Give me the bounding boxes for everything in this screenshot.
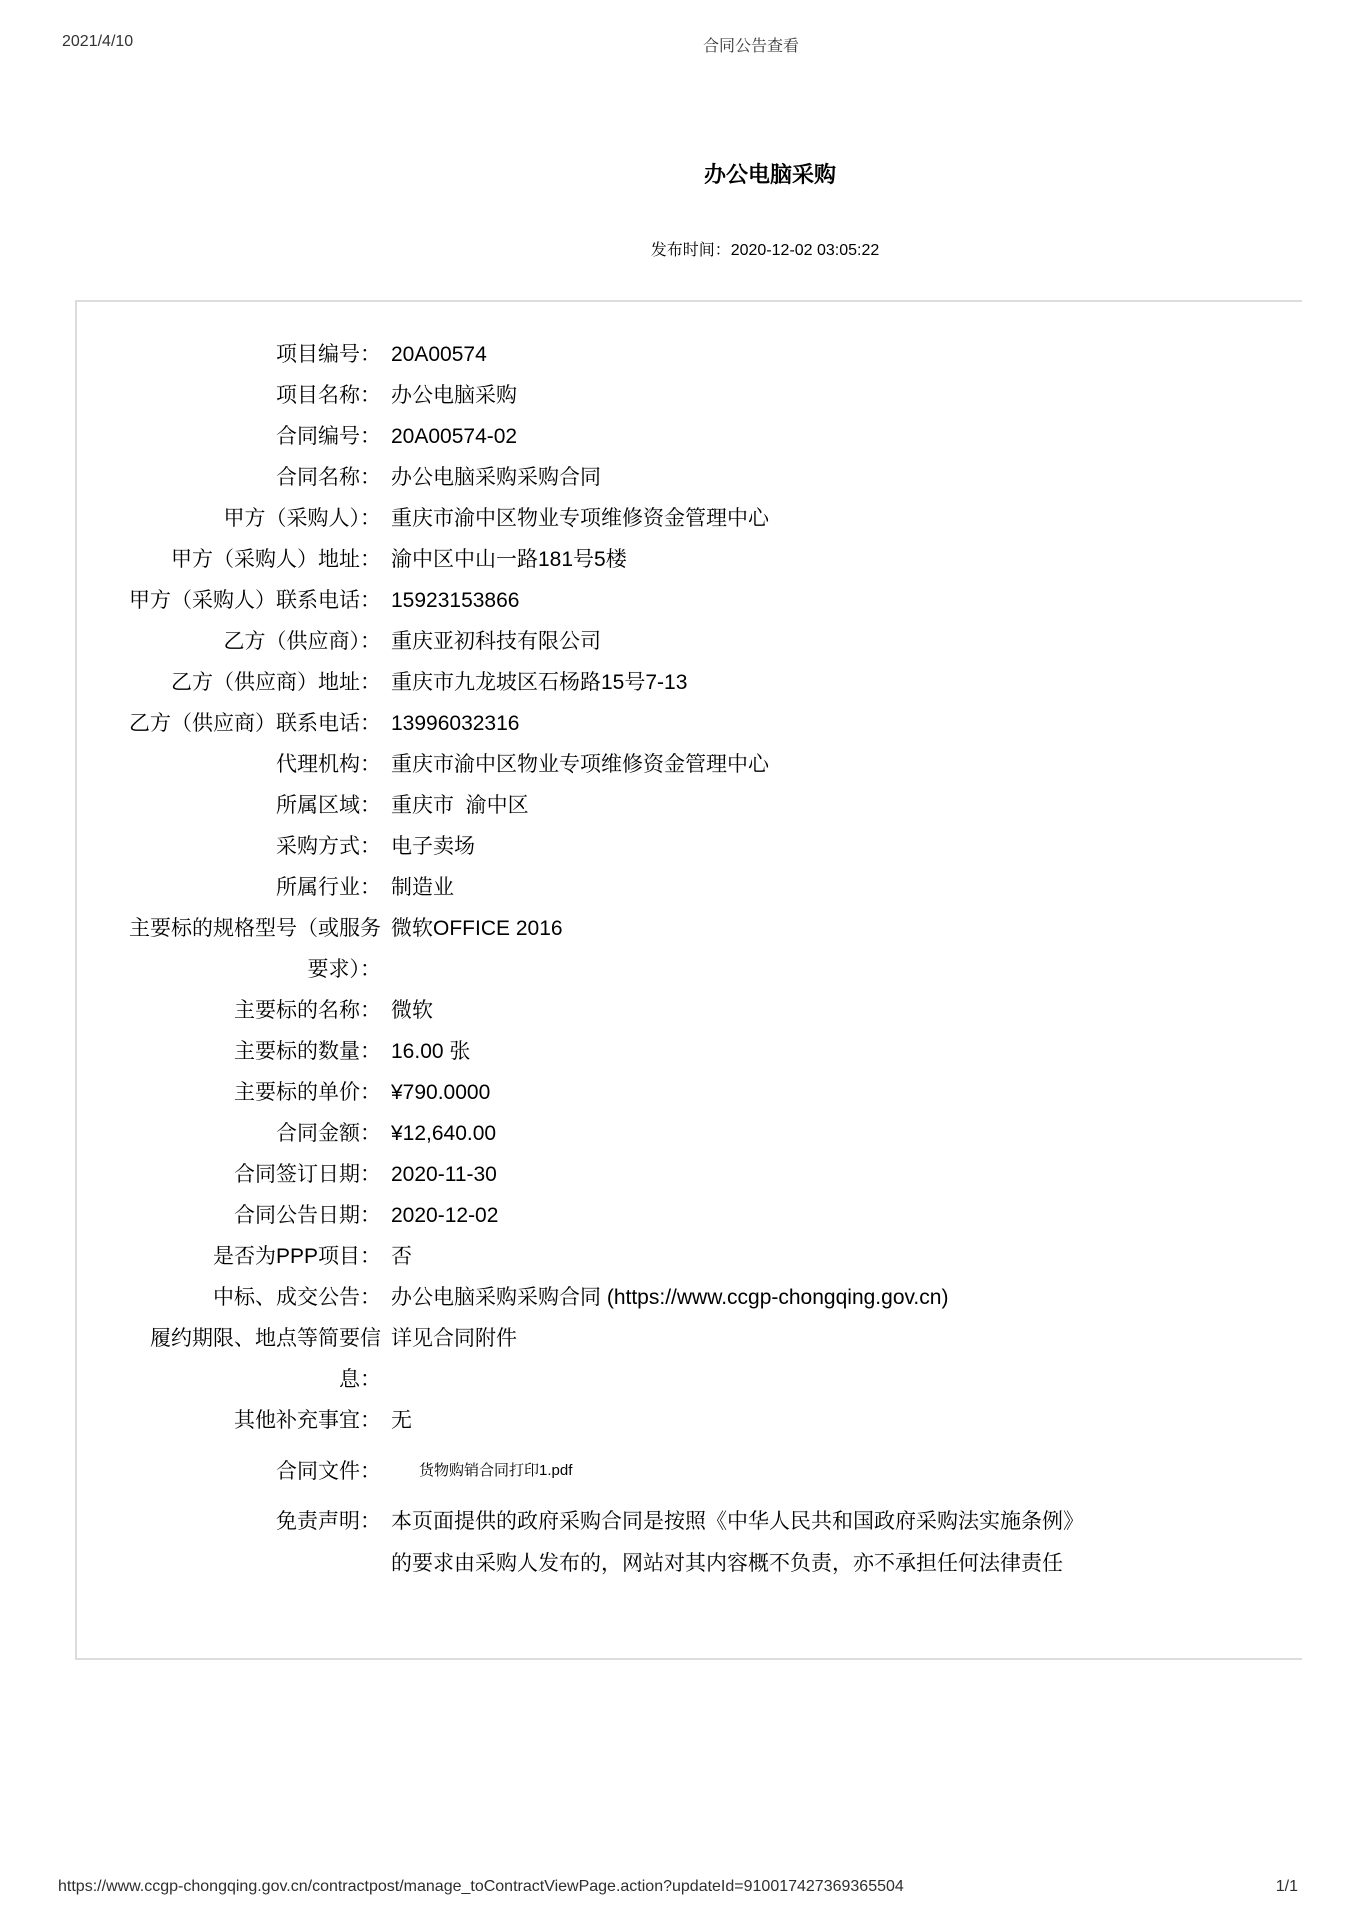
row-value: 重庆市 渝中区 (391, 785, 1296, 826)
row-label: 主要标的单价： (77, 1072, 381, 1113)
row-label: 合同公告日期： (77, 1195, 381, 1236)
publish-time-line: 发布时间：2020-12-02 03:05:22 (651, 237, 880, 260)
row-value: 无 (391, 1400, 1296, 1441)
table-row: 合同编号： 20A00574-02 (77, 416, 1302, 457)
table-row: 甲方（采购人）： 重庆市渝中区物业专项维修资金管理中心 (77, 498, 1302, 539)
row-label: 免责声明： (77, 1501, 381, 1543)
row-value: 20A00574 (391, 334, 1296, 375)
row-label: 主要标的名称： (77, 990, 381, 1031)
row-label: 合同编号： (77, 416, 381, 457)
row-label: 所属区域： (77, 785, 381, 826)
row-label: 中标、成交公告： (77, 1277, 381, 1318)
row-label: 项目编号： (77, 334, 381, 375)
row-value: 16.00 张 (391, 1031, 1296, 1072)
contract-table: 项目编号： 20A00574 项目名称： 办公电脑采购 合同编号： 20A005… (75, 300, 1302, 1660)
row-label: 甲方（采购人）： (77, 498, 381, 539)
row-label: 甲方（采购人）地址： (77, 539, 381, 580)
row-value-link[interactable]: 货物购销合同打印1.pdf (391, 1461, 1302, 1481)
row-value: 20A00574-02 (391, 416, 1296, 457)
table-row: 合同签订日期： 2020-11-30 (77, 1154, 1302, 1195)
row-label: 主要标的数量： (77, 1031, 381, 1072)
row-label: 合同签订日期： (77, 1154, 381, 1195)
table-row: 合同名称： 办公电脑采购采购合同 (77, 457, 1302, 498)
table-row: 合同文件： 货物购销合同打印1.pdf (77, 1441, 1302, 1501)
table-row: 项目名称： 办公电脑采购 (77, 375, 1302, 416)
table-row: 其他补充事宜： 无 (77, 1400, 1302, 1441)
announcement-title: 办公电脑采购 (704, 158, 836, 189)
row-value: 15923153866 (391, 580, 1296, 621)
table-row: 合同金额： ¥12,640.00 (77, 1113, 1302, 1154)
row-value-link[interactable]: 办公电脑采购采购合同 (https://www.ccgp-chongqing.g… (391, 1277, 1296, 1318)
row-value: 2020-11-30 (391, 1154, 1296, 1195)
row-label: 乙方（供应商）联系电话： (77, 703, 381, 744)
row-value: 重庆市渝中区物业专项维修资金管理中心 (391, 744, 1296, 785)
table-row: 主要标的规格型号（或服务 要求）： 微软OFFICE 2016 (77, 908, 1302, 990)
row-label: 乙方（供应商）： (77, 621, 381, 662)
row-label: 是否为PPP项目： (77, 1236, 381, 1277)
row-value: 微软OFFICE 2016 (391, 908, 1296, 949)
row-value: 2020-12-02 (391, 1195, 1296, 1236)
row-label: 代理机构： (77, 744, 381, 785)
row-value: 重庆市渝中区物业专项维修资金管理中心 (391, 498, 1296, 539)
publish-time-value: 2020-12-02 03:05:22 (731, 242, 880, 259)
print-header-title: 合同公告查看 (703, 33, 799, 56)
table-row: 主要标的数量： 16.00 张 (77, 1031, 1302, 1072)
row-value: 办公电脑采购采购合同 (391, 457, 1296, 498)
table-row: 所属行业： 制造业 (77, 867, 1302, 908)
row-label: 项目名称： (77, 375, 381, 416)
table-row: 主要标的名称： 微软 (77, 990, 1302, 1031)
print-header-date: 2021/4/10 (62, 33, 133, 51)
row-value: 详见合同附件 (391, 1318, 1296, 1359)
page: 2021/4/10 合同公告查看 办公电脑采购 发布时间：2020-12-02 … (0, 0, 1364, 1930)
table-row: 甲方（采购人）联系电话： 15923153866 (77, 580, 1302, 621)
row-value: 办公电脑采购 (391, 375, 1296, 416)
table-row: 代理机构： 重庆市渝中区物业专项维修资金管理中心 (77, 744, 1302, 785)
row-value: 重庆亚初科技有限公司 (391, 621, 1296, 662)
print-footer: https://www.ccgp-chongqing.gov.cn/contra… (0, 1878, 1364, 1900)
row-label: 乙方（供应商）地址： (77, 662, 381, 703)
row-label: 所属行业： (77, 867, 381, 908)
row-value: 否 (391, 1236, 1296, 1277)
row-label: 履约期限、地点等简要信 息： (77, 1318, 381, 1400)
table-row: 甲方（采购人）地址： 渝中区中山一路181号5楼 (77, 539, 1302, 580)
table-row: 中标、成交公告： 办公电脑采购采购合同 (https://www.ccgp-ch… (77, 1277, 1302, 1318)
table-row: 乙方（供应商）： 重庆亚初科技有限公司 (77, 621, 1302, 662)
table-row: 项目编号： 20A00574 (77, 334, 1302, 375)
table-row: 免责声明： 本页面提供的政府采购合同是按照《中华人民共和国政府采购法实施条例》 … (77, 1501, 1302, 1585)
row-label: 合同名称： (77, 457, 381, 498)
row-value: 制造业 (391, 867, 1296, 908)
row-label: 甲方（采购人）联系电话： (77, 580, 381, 621)
row-label: 合同文件： (77, 1451, 381, 1492)
table-row: 是否为PPP项目： 否 (77, 1236, 1302, 1277)
page-number: 1/1 (1276, 1878, 1298, 1896)
table-row: 乙方（供应商）地址： 重庆市九龙坡区石杨路15号7-13 (77, 662, 1302, 703)
print-header: 2021/4/10 合同公告查看 (0, 33, 1364, 55)
table-row: 乙方（供应商）联系电话： 13996032316 (77, 703, 1302, 744)
table-row: 履约期限、地点等简要信 息： 详见合同附件 (77, 1318, 1302, 1400)
row-value: 电子卖场 (391, 826, 1296, 867)
table-row: 采购方式： 电子卖场 (77, 826, 1302, 867)
publish-time-label: 发布时间： (651, 242, 731, 259)
row-label: 其他补充事宜： (77, 1400, 381, 1441)
row-value: ¥12,640.00 (391, 1113, 1296, 1154)
row-label: 采购方式： (77, 826, 381, 867)
row-value: 渝中区中山一路181号5楼 (391, 539, 1296, 580)
row-label: 合同金额： (77, 1113, 381, 1154)
table-row: 主要标的单价： ¥790.0000 (77, 1072, 1302, 1113)
row-value: ¥790.0000 (391, 1072, 1296, 1113)
table-row: 合同公告日期： 2020-12-02 (77, 1195, 1302, 1236)
table-row: 所属区域： 重庆市 渝中区 (77, 785, 1302, 826)
row-value: 13996032316 (391, 703, 1296, 744)
row-value: 本页面提供的政府采购合同是按照《中华人民共和国政府采购法实施条例》 的要求由采购… (391, 1501, 1296, 1585)
row-label: 主要标的规格型号（或服务 要求）： (77, 908, 381, 990)
print-footer-url: https://www.ccgp-chongqing.gov.cn/contra… (58, 1878, 904, 1896)
row-value: 重庆市九龙坡区石杨路15号7-13 (391, 662, 1296, 703)
row-value: 微软 (391, 990, 1296, 1031)
